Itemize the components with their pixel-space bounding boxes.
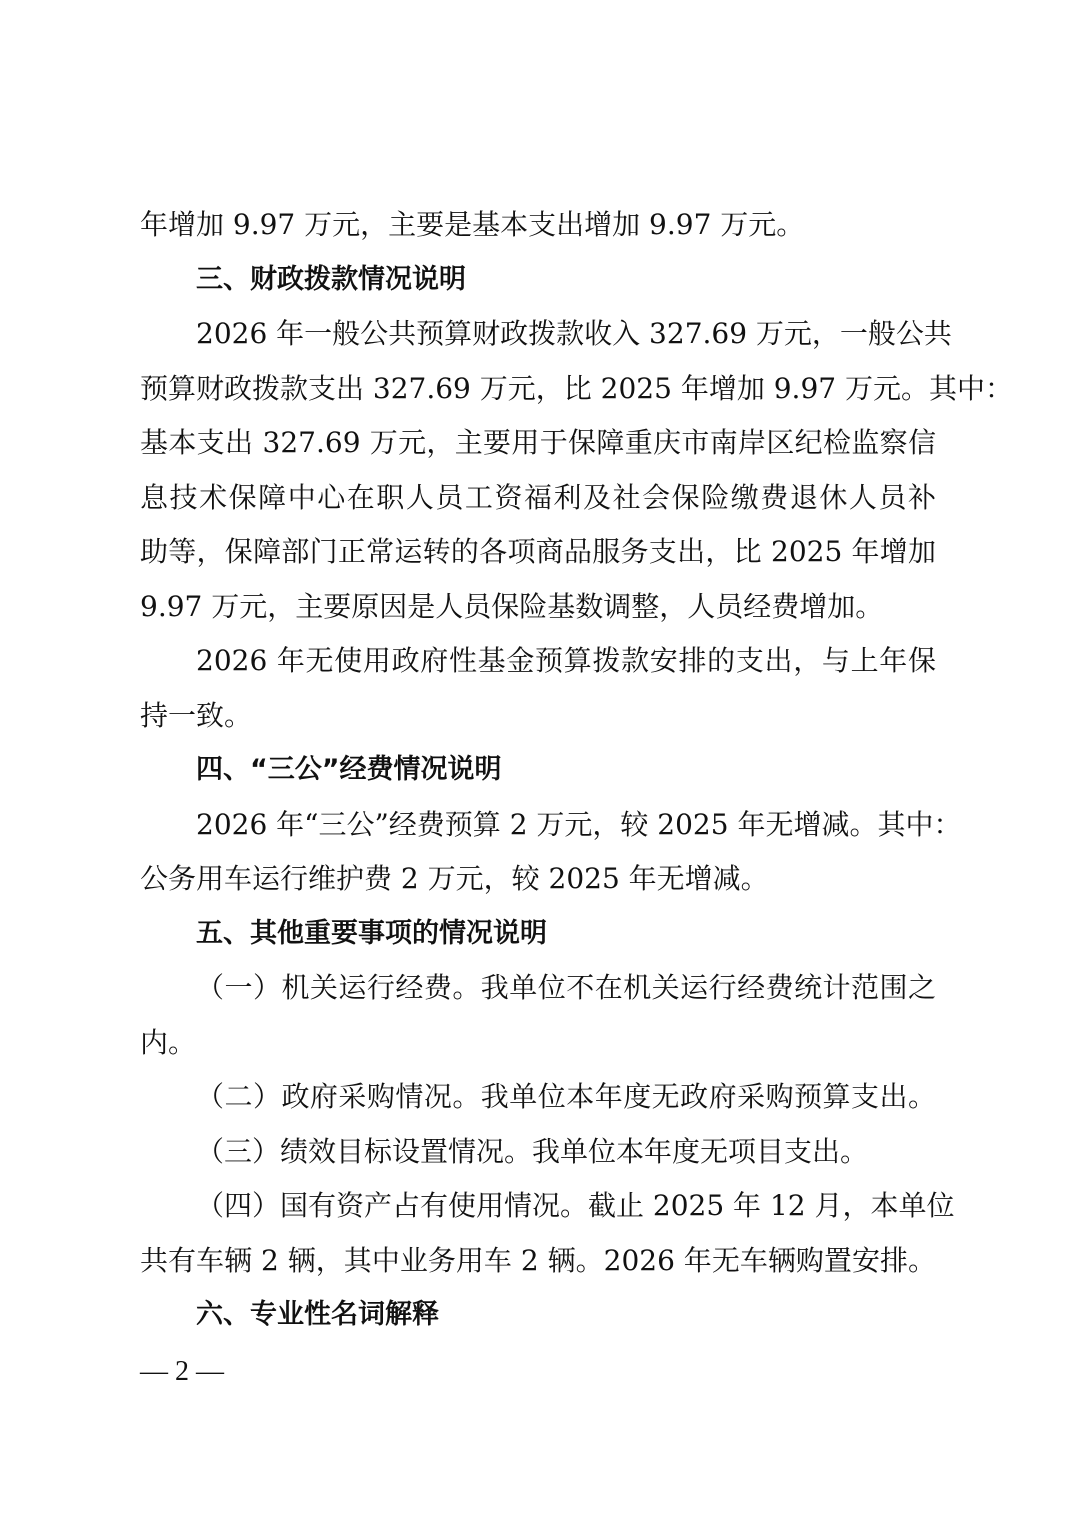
paragraph-line: 2026 年一般公共预算财政拨款收入 327.69 万元，一般公共 <box>140 307 936 362</box>
section-heading-4: 四、“三公”经费情况说明 <box>140 743 936 798</box>
paragraph-line: （四）国有资产占有使用情况。截止 2025 年 12 月，本单位 <box>140 1179 936 1234</box>
paragraph-line: （三）绩效目标设置情况。我单位本年度无项目支出。 <box>140 1125 936 1180</box>
paragraph-line: 内。 <box>140 1016 936 1071</box>
paragraph-line: 2026 年“三公”经费预算 2 万元，较 2025 年无增减。其中： <box>140 798 936 853</box>
page-number: — 2 — <box>140 1352 224 1392</box>
paragraph-line: 公务用车运行维护费 2 万元，较 2025 年无增减。 <box>140 852 936 907</box>
paragraph-line: 持一致。 <box>140 689 936 744</box>
paragraph-line: 年增加 9.97 万元，主要是基本支出增加 9.97 万元。 <box>140 198 936 253</box>
paragraph-line: 助等，保障部门正常运转的各项商品服务支出，比 2025 年增加 <box>140 525 936 580</box>
section-heading-5: 五、其他重要事项的情况说明 <box>140 907 936 962</box>
paragraph-line: 息技术保障中心在职人员工资福利及社会保险缴费退休人员补 <box>140 471 936 526</box>
paragraph-line: 预算财政拨款支出 327.69 万元，比 2025 年增加 9.97 万元。其中… <box>140 362 936 417</box>
paragraph-line: （一）机关运行经费。我单位不在机关运行经费统计范围之 <box>140 961 936 1016</box>
paragraph-line: 2026 年无使用政府性基金预算拨款安排的支出，与上年保 <box>140 634 936 689</box>
section-heading-6: 六、专业性名词解释 <box>140 1288 936 1343</box>
paragraph-line: 基本支出 327.69 万元，主要用于保障重庆市南岸区纪检监察信 <box>140 416 936 471</box>
document-page: 年增加 9.97 万元，主要是基本支出增加 9.97 万元。 三、财政拨款情况说… <box>140 198 936 1343</box>
paragraph-line: （二）政府采购情况。我单位本年度无政府采购预算支出。 <box>140 1070 936 1125</box>
section-heading-3: 三、财政拨款情况说明 <box>140 253 936 308</box>
paragraph-line: 共有车辆 2 辆，其中业务用车 2 辆。2026 年无车辆购置安排。 <box>140 1234 936 1289</box>
paragraph-line: 9.97 万元，主要原因是人员保险基数调整，人员经费增加。 <box>140 580 936 635</box>
